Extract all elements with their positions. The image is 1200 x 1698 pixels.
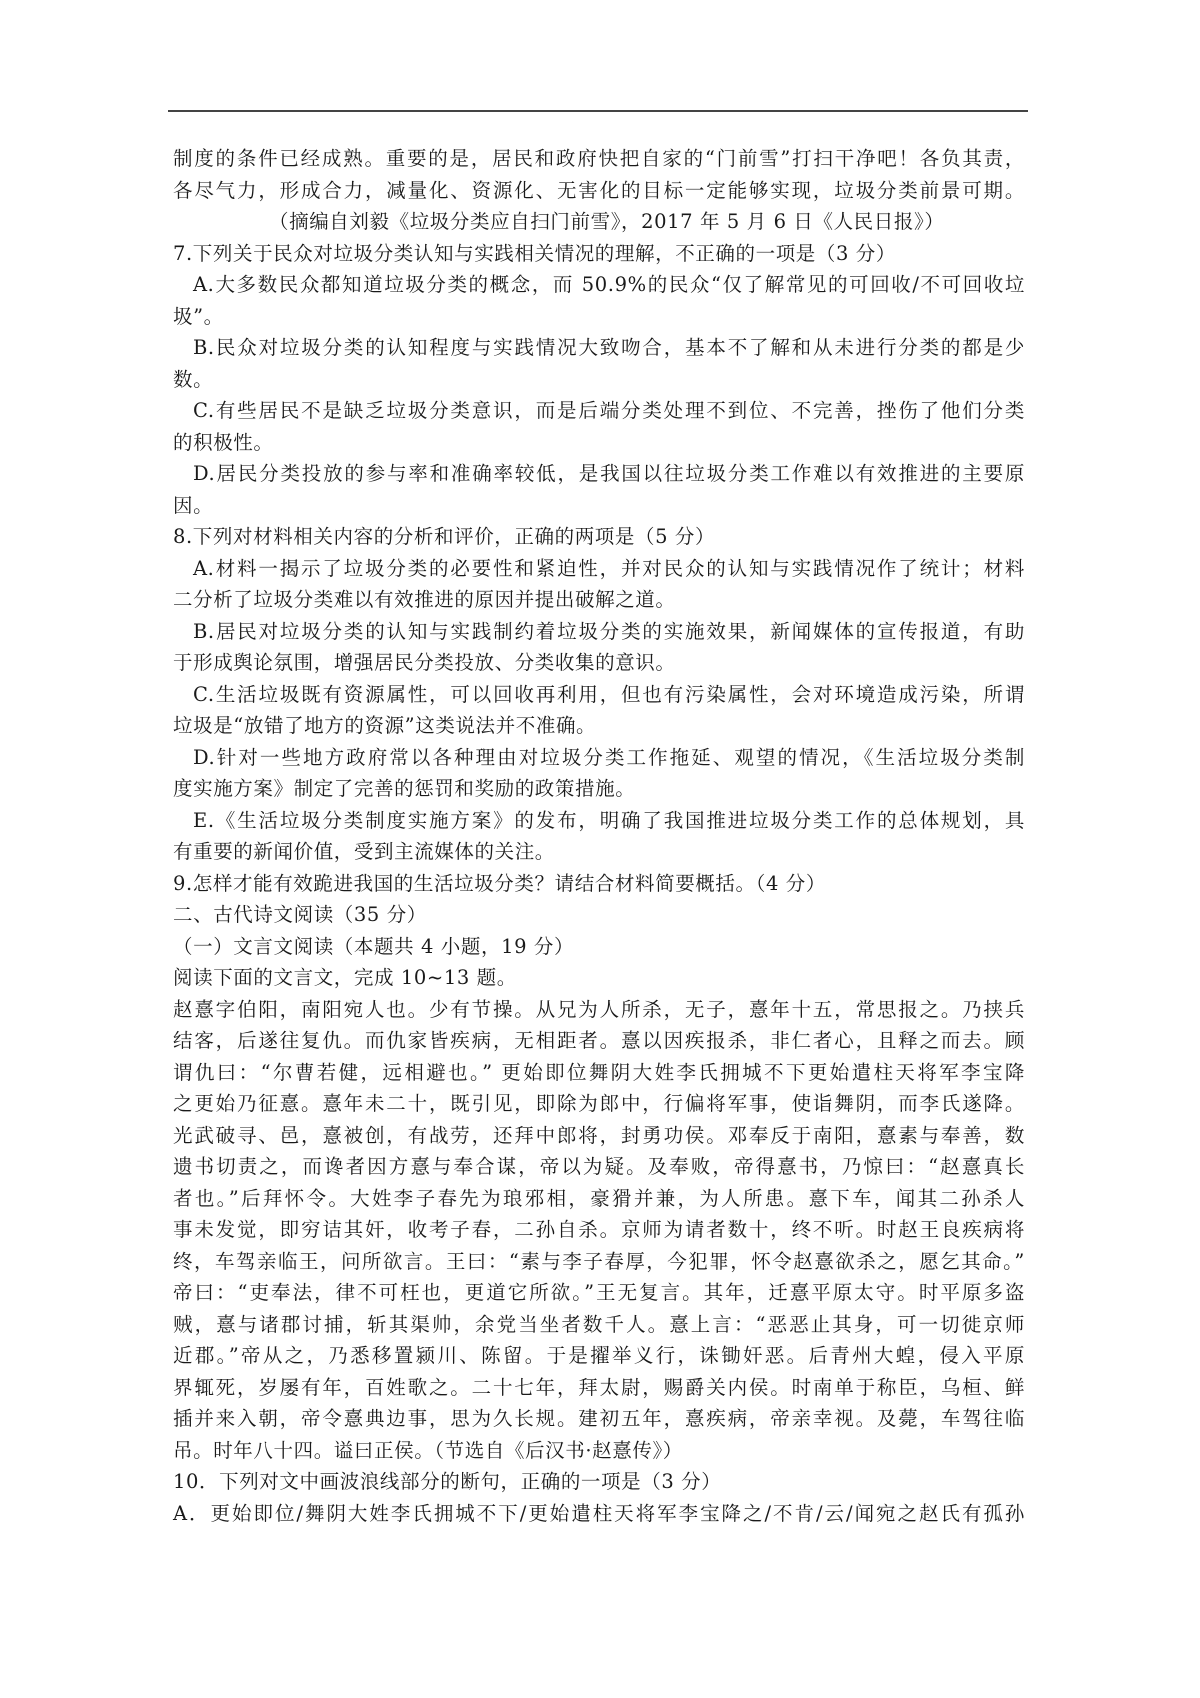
text-line: 有重要的新闻价值，受到主流媒体的关注。: [173, 836, 1025, 868]
text-line: 终，车驾亲临王，问所欲言。王曰：“素与李子春厚，今犯罪，怀令赵憙欲杀之，愿乞其命…: [173, 1246, 1025, 1278]
text-line: 二、古代诗文阅读（35 分）: [173, 899, 1025, 931]
header-rule: [168, 110, 1028, 112]
text-line: 因。: [173, 490, 1025, 522]
text-line: 度实施方案》制定了完善的惩罚和奖励的政策措施。: [173, 773, 1025, 805]
text-line: 光武破寻、邑，憙被创，有战劳，还拜中郎将，封勇功侯。邓奉反于南阳，憙素与奉善，数: [173, 1120, 1025, 1152]
text-line: 7.下列关于民众对垃圾分类认知与实践相关情况的理解，不正确的一项是（3 分）: [173, 238, 1025, 270]
text-line: 界辄死，岁屡有年，百姓歌之。二十七年，拜太尉，赐爵关内侯。时南单于称臣，乌桓、鲜: [173, 1372, 1025, 1404]
text-line: B.民众对垃圾分类的认知程度与实践情况大致吻合，基本不了解和从未进行分类的都是少: [173, 332, 1025, 364]
text-line: 者也。”后拜怀令。大姓李子春先为琅邪相，豪猾并兼，为人所患。憙下车，闻其二孙杀人: [173, 1183, 1025, 1215]
text-line: 8.下列对材料相关内容的分析和评价，正确的两项是（5 分）: [173, 521, 1025, 553]
text-line: 10．下列对文中画波浪线部分的断句，正确的一项是（3 分）: [173, 1466, 1025, 1498]
text-line: D.针对一些地方政府常以各种理由对垃圾分类工作拖延、观望的情况，《生活垃圾分类制: [173, 742, 1025, 774]
text-line: 制度的条件已经成熟。重要的是，居民和政府快把自家的“门前雪”打扫干净吧！各负其责…: [173, 143, 1025, 175]
text-line: 谓仇曰：“尔曹若健，远相避也。” 更始即位舞阴大姓李氏拥城不下更始遣柱天将军李宝…: [173, 1057, 1025, 1089]
text-line: 之更始乃征憙。憙年未二十，既引见，即除为郎中，行偏将军事，使诣舞阴，而李氏遂降。: [173, 1088, 1025, 1120]
document-body: 制度的条件已经成熟。重要的是，居民和政府快把自家的“门前雪”打扫干净吧！各负其责…: [173, 143, 1025, 1529]
text-line: 9.怎样才能有效跪进我国的生活垃圾分类？请结合材料简要概括。（4 分）: [173, 868, 1025, 900]
text-line: 于形成舆论氛围，增强居民分类投放、分类收集的意识。: [173, 647, 1025, 679]
text-line: E.《生活垃圾分类制度实施方案》的发布，明确了我国推进垃圾分类工作的总体规划，具: [173, 805, 1025, 837]
text-line: 吊。时年八十四。谥曰正侯。（节选自《后汉书·赵憙传》）: [173, 1435, 1025, 1467]
text-line: 结客，后遂往复仇。而仇家皆疾病，无相距者。憙以因疾报杀，非仁者心，且释之而去。顾: [173, 1025, 1025, 1057]
text-line: 事未发觉，即穷诘其奸，收考子春，二孙自杀。京师为请者数十，终不听。时赵王良疾病将: [173, 1214, 1025, 1246]
text-line: 近郡。”帝从之，乃悉移置颍川、陈留。于是擢举义行，诛锄奸恶。后青州大蝗，侵入平原: [173, 1340, 1025, 1372]
text-line: （一）文言文阅读（本题共 4 小题，19 分）: [173, 931, 1025, 963]
text-line: 阅读下面的文言文，完成 10~13 题。: [173, 962, 1025, 994]
text-line: 插并来入朝，帝令憙典边事，思为久长规。建初五年，憙疾病，帝亲幸视。及薨，车驾往临: [173, 1403, 1025, 1435]
text-line: 帝曰：“吏奉法，律不可枉也，更道它所欲。”王无复言。其年，迁憙平原太守。时平原多…: [173, 1277, 1025, 1309]
text-line: B.居民对垃圾分类的认知与实践制约着垃圾分类的实施效果，新闻媒体的宣传报道，有助: [173, 616, 1025, 648]
text-line: 贼，憙与诸郡讨捕，斩其渠帅，余党当坐者数千人。憙上言：“恶恶止其身，可一切徙京师: [173, 1309, 1025, 1341]
text-line: 数。: [173, 364, 1025, 396]
text-line: A．更始即位/舞阴大姓李氏拥城不下/更始遣柱天将军李宝降之/不肯/云/闻宛之赵氏…: [173, 1498, 1025, 1530]
text-line: C.生活垃圾既有资源属性，可以回收再利用，但也有污染属性，会对环境造成污染，所谓: [173, 679, 1025, 711]
text-line: 各尽气力，形成合力，减量化、资源化、无害化的目标一定能够实现，垃圾分类前景可期。: [173, 175, 1025, 207]
text-line: A.大多数民众都知道垃圾分类的概念，而 50.9%的民众“仅了解常见的可回收/不…: [173, 269, 1025, 301]
text-line: 的积极性。: [173, 427, 1025, 459]
text-line: （摘编自刘毅《垃圾分类应自扫门前雪》，2017 年 5 月 6 日《人民日报》）: [173, 206, 1025, 238]
text-line: D.居民分类投放的参与率和准确率较低，是我国以往垃圾分类工作难以有效推进的主要原: [173, 458, 1025, 490]
text-line: 圾”。: [173, 301, 1025, 333]
text-line: 二分析了垃圾分类难以有效推进的原因并提出破解之道。: [173, 584, 1025, 616]
text-line: A.材料一揭示了垃圾分类的必要性和紧迫性，并对民众的认知与实践情况作了统计；材料: [173, 553, 1025, 585]
text-line: 垃圾是“放错了地方的资源”这类说法并不准确。: [173, 710, 1025, 742]
text-line: C.有些居民不是缺乏垃圾分类意识，而是后端分类处理不到位、不完善，挫伤了他们分类: [173, 395, 1025, 427]
text-line: 遗书切责之，而谗者因方憙与奉合谋，帝以为疑。及奉败，帝得憙书，乃惊曰：“赵憙真长: [173, 1151, 1025, 1183]
text-line: 赵憙字伯阳，南阳宛人也。少有节操。从兄为人所杀，无子，憙年十五，常思报之。乃挟兵: [173, 994, 1025, 1026]
